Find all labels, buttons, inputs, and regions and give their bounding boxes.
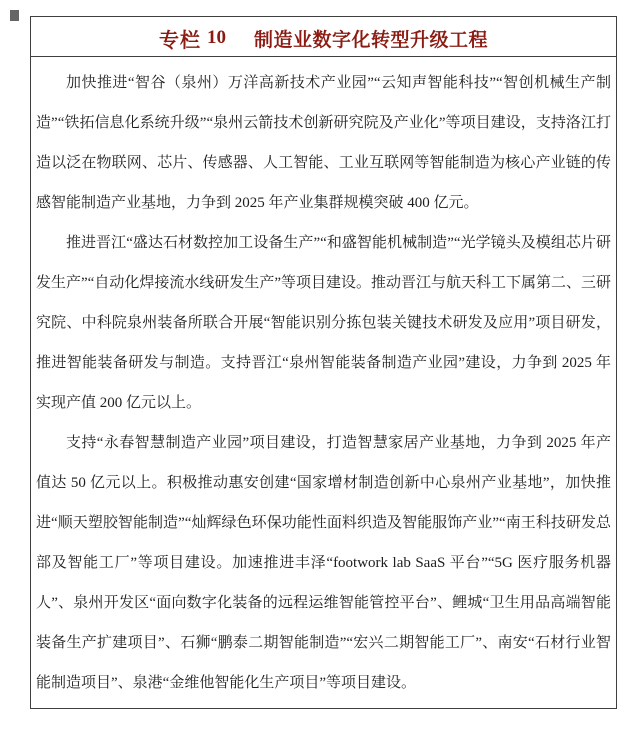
column-title-row: 专栏 10 制造业数字化转型升级工程 xyxy=(31,17,616,57)
paragraph-yongchun-others: 支持“永春智慧制造产业园”项目建设，打造智慧家居产业基地，力争到 2025 年产… xyxy=(36,423,611,703)
document-page: 专栏 10 制造业数字化转型升级工程 加快推进“智谷（泉州）万洋高新技术产业园”… xyxy=(0,0,640,729)
column-title-label: 专栏 xyxy=(159,24,201,53)
column-box: 专栏 10 制造业数字化转型升级工程 加快推进“智谷（泉州）万洋高新技术产业园”… xyxy=(30,16,617,709)
stray-text-fragment xyxy=(10,10,19,21)
column-title-text: 制造业数字化转型升级工程 xyxy=(254,25,488,52)
paragraph-jinjiang: 推进晋江“盛达石材数控加工设备生产”“和盛智能机械制造”“光学镜头及模组芯片研发… xyxy=(36,223,611,423)
column-title-number: 10 xyxy=(207,27,226,49)
column-body: 加快推进“智谷（泉州）万洋高新技术产业园”“云知声智能科技”“智创机械生产制造”… xyxy=(31,57,616,703)
paragraph-luojiang: 加快推进“智谷（泉州）万洋高新技术产业园”“云知声智能科技”“智创机械生产制造”… xyxy=(36,63,611,223)
